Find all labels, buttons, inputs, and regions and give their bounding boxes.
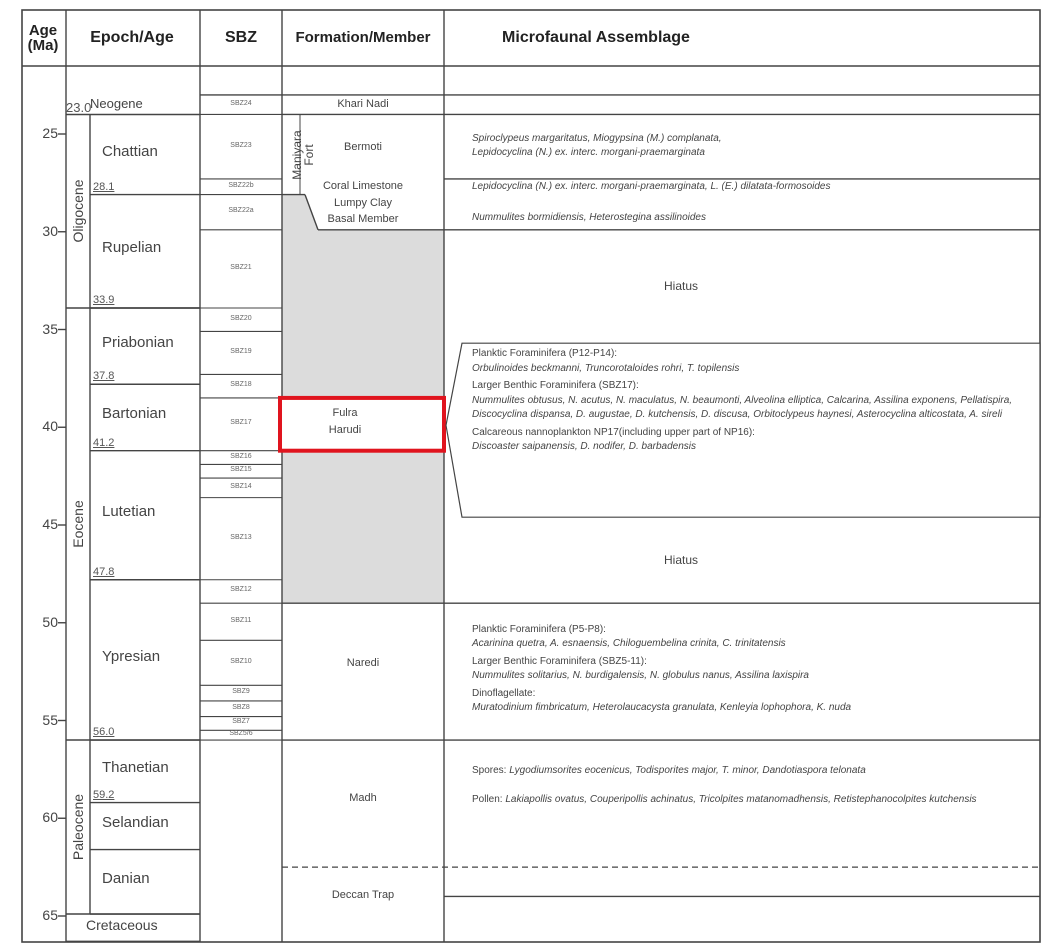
assemblage-group: Larger Benthic Foraminifera (SBZ17):Numm… — [472, 379, 1038, 423]
sbz-label: SBZ14 — [202, 483, 280, 490]
age-tick-label: 60 — [22, 809, 58, 825]
epoch-label-cretaceous: Cretaceous — [86, 917, 158, 933]
sbz-label: SBZ11 — [202, 617, 280, 624]
sbz-label: SBZ23 — [202, 142, 280, 149]
stage-label-chattian: Chattian — [102, 143, 158, 160]
sbz-label: SBZ22b — [202, 182, 280, 189]
epoch-label-eocene: Eocene — [70, 484, 86, 564]
stage-base-age: 28.1 — [93, 181, 114, 193]
age-tick-label: 25 — [22, 125, 58, 141]
formation-label-bermoti: Bermoti — [318, 141, 408, 153]
assemblage-group: Planktic Foraminifera (P12-P14):Orbulino… — [472, 347, 1038, 376]
sbz-label: SBZ7 — [202, 718, 280, 725]
stratigraphic-chart: Age (Ma) Epoch/Age SBZ Formation/Member … — [0, 0, 1047, 947]
sbz-label: SBZ8 — [202, 704, 280, 711]
sbz-label: SBZ13 — [202, 534, 280, 541]
sbz-label: SBZ19 — [202, 348, 280, 355]
formation-label-basal-member: Basal Member — [318, 213, 408, 225]
stage-base-age: 33.9 — [93, 294, 114, 306]
assemblage-group: Pollen: Lakiapollis ovatus, Couperipolli… — [472, 793, 1012, 808]
age-tick-label: 35 — [22, 321, 58, 337]
stage-label-priabonian: Priabonian — [102, 334, 174, 351]
assemblage-hiatus-upper: Hiatus — [664, 279, 698, 293]
age-tick-label: 30 — [22, 223, 58, 239]
sbz-label: SBZ20 — [202, 315, 280, 322]
formation-label-coral-limestone: Coral Limestone — [318, 180, 408, 192]
sbz-label: SBZ12 — [202, 586, 280, 593]
stage-base-age: 47.8 — [93, 566, 114, 578]
stage-label-thanetian: Thanetian — [102, 759, 169, 776]
sbz-label: SBZ22a — [202, 207, 280, 214]
age-tick-label: 50 — [22, 614, 58, 630]
assemblage-group: Spores: Lygodiumsorites eocenicus, Todis… — [472, 764, 1012, 779]
assemblage-naredi: Planktic Foraminifera (P5-P8):Acarinina … — [472, 623, 1038, 716]
formation-label-deccan-trap: Deccan Trap — [282, 889, 444, 901]
stage-label-danian: Danian — [102, 870, 150, 887]
boundary-age-23: 23.0 — [66, 100, 91, 115]
sbz-label: SBZ10 — [202, 658, 280, 665]
age-tick-label: 65 — [22, 907, 58, 923]
formation-label-naredi: Naredi — [282, 657, 444, 669]
assemblage-group: Larger Benthic Foraminifera (SBZ5-11):Nu… — [472, 655, 1038, 684]
sbz-label: SBZ9 — [202, 688, 280, 695]
age-tick-label: 55 — [22, 712, 58, 728]
assemblage-group: Dinoflagellate:Muratodinium fimbricatum,… — [472, 687, 1038, 716]
stage-label-bartonian: Bartonian — [102, 405, 166, 422]
assemblage-madh: Spores: Lygodiumsorites eocenicus, Todis… — [472, 764, 1012, 807]
sbz-label: SBZ17 — [202, 419, 280, 426]
stage-base-age: 59.2 — [93, 789, 114, 801]
age-tick-label: 40 — [22, 418, 58, 434]
sbz-label: SBZ15 — [202, 466, 280, 473]
formation-label-madh: Madh — [282, 792, 444, 804]
formation-label-fulra: Fulra — [300, 407, 390, 419]
sbz-label: SBZ18 — [202, 381, 280, 388]
stage-base-age: 56.0 — [93, 726, 114, 738]
age-tick-label: 45 — [22, 516, 58, 532]
stage-label-lutetian: Lutetian — [102, 503, 155, 520]
stage-base-age: 37.8 — [93, 370, 114, 382]
assemblage-group: Planktic Foraminifera (P5-P8):Acarinina … — [472, 623, 1038, 652]
formation-group-maniyara-fort: Maniyara Fort — [291, 110, 315, 200]
formation-label-lumpy-clay: Lumpy Clay — [318, 197, 408, 209]
sbz-label: SBZ21 — [202, 264, 280, 271]
sbz-label: SBZ5/6 — [202, 730, 280, 737]
formation-label-harudi: Harudi — [300, 424, 390, 436]
assemblage-coral-limestone: Lepidocyclina (N.) ex. interc. morgani-p… — [472, 180, 1032, 195]
stage-label-rupelian: Rupelian — [102, 239, 161, 256]
stage-label-ypresian: Ypresian — [102, 648, 160, 665]
sbz-label: SBZ24 — [202, 100, 280, 107]
stage-label-selandian: Selandian — [102, 814, 169, 831]
epoch-label-paleocene: Paleocene — [70, 787, 86, 867]
assemblage-fulra-harudi: Planktic Foraminifera (P12-P14):Orbulino… — [472, 347, 1038, 455]
assemblage-basal-member: Nummulites bormidiensis, Heterostegina a… — [472, 211, 1032, 226]
epoch-label-oligocene: Oligocene — [70, 171, 86, 251]
stage-base-age: 41.2 — [93, 437, 114, 449]
sbz-label: SBZ16 — [202, 453, 280, 460]
assemblage-hiatus-lower: Hiatus — [664, 553, 698, 567]
assemblage-bermoti: Spiroclypeus margaritatus, Miogypsina (M… — [472, 132, 1032, 161]
epoch-label-neogene: Neogene — [90, 96, 143, 111]
formation-label-khari-nadi: Khari Nadi — [282, 98, 444, 110]
assemblage-group: Calcareous nannoplankton NP17(including … — [472, 426, 1038, 455]
